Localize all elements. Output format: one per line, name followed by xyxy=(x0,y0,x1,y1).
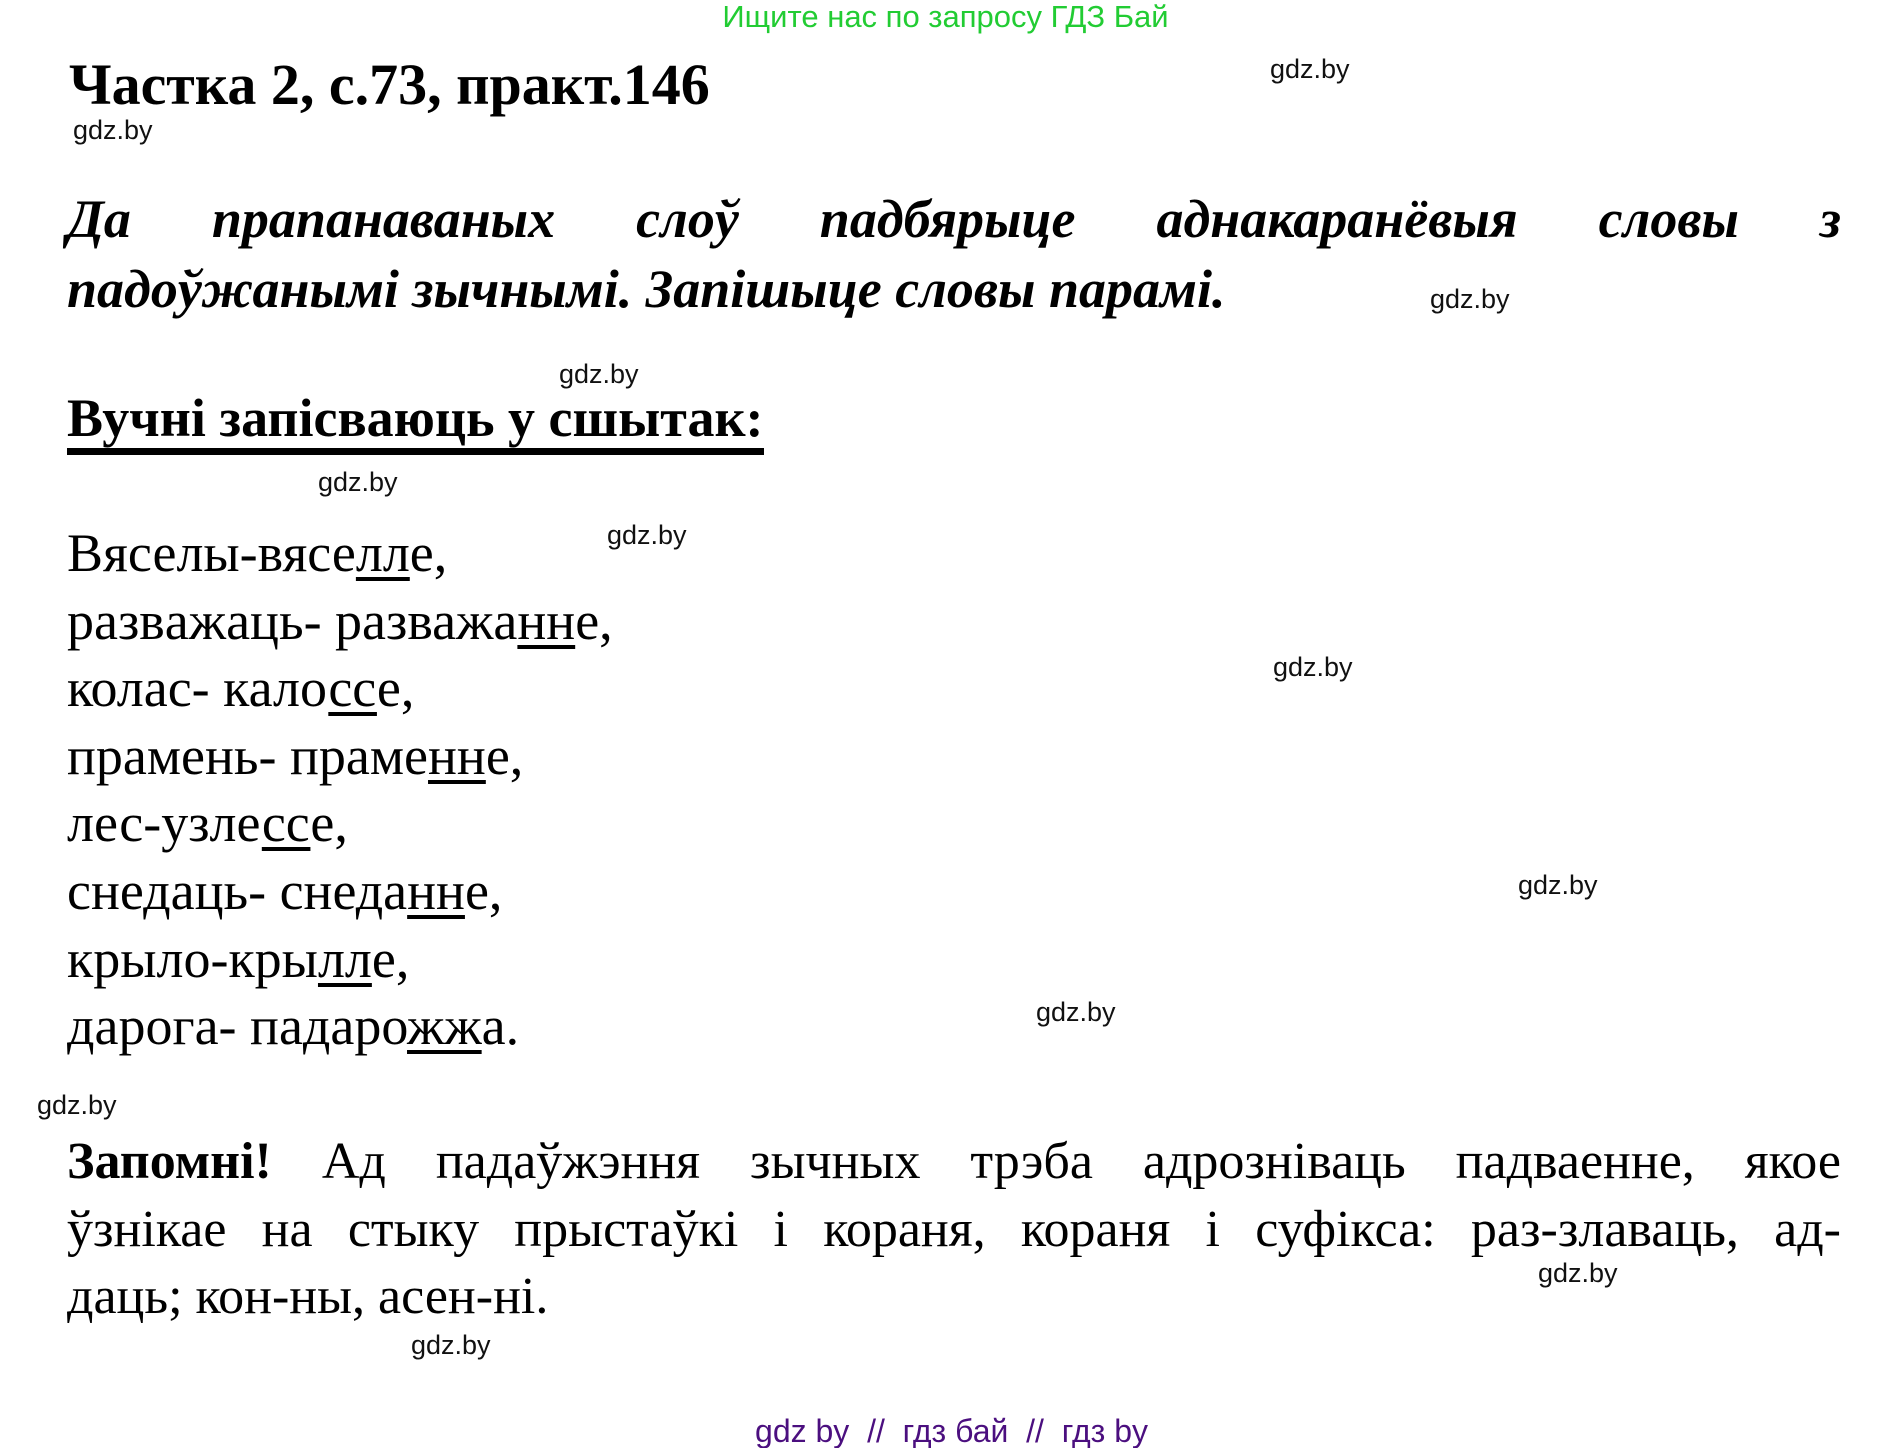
doubled-consonant: сс xyxy=(262,793,311,853)
word-pair-base: колас- кало xyxy=(67,658,328,718)
word-pair-tail: е, xyxy=(465,861,502,921)
word-pair-row: дарога- падарожжа. xyxy=(67,993,613,1061)
note-line-1-text: Ад падаўжэння зычных трэба адрозніваць п… xyxy=(322,1133,1841,1190)
word-pair-base: лес-узле xyxy=(67,793,262,853)
watermark: gdz.by xyxy=(1518,870,1598,900)
watermark: gdz.by xyxy=(73,115,153,145)
word-pair-base: дарога- падаро xyxy=(67,996,407,1056)
doubled-consonant: нн xyxy=(517,591,575,651)
watermark: gdz.by xyxy=(411,1330,491,1360)
word-pair-tail: е, xyxy=(310,793,347,853)
doubled-consonant: нн xyxy=(407,861,465,921)
instruction-line-1: Да прапанаваных слоў падбярыце аднакаран… xyxy=(67,184,1841,254)
word-pair-base: Вяселы-вясе xyxy=(67,523,356,583)
word-pairs-list: Вяселы-вяселле,развaжаць- разважанне,кол… xyxy=(67,520,613,1061)
note-label: Запомні! xyxy=(67,1133,272,1190)
search-hint-text: Ищите нас по запросу ГДЗ Бай xyxy=(722,0,1168,34)
word-pair-tail: е, xyxy=(410,523,447,583)
word-pair-tail: е, xyxy=(486,726,523,786)
word-pair-base: снедаць- снеда xyxy=(67,861,407,921)
watermark: gdz.by xyxy=(1036,997,1116,1027)
footer-text: gdz by // гдз бай // гдз by xyxy=(755,1413,1148,1448)
word-pair-row: развaжаць- разважанне, xyxy=(67,588,613,656)
note-line-2: ўзнікае на стыку прыстаўкі і кораня, кор… xyxy=(67,1196,1841,1264)
search-hint-banner: Ищите нас по запросу ГДЗ Бай xyxy=(0,0,1899,34)
page-title: Частка 2, с.73, практ.146 xyxy=(69,52,710,118)
doubled-consonant: лл xyxy=(318,929,372,989)
note-line-1: Запомні! Ад падаўжэння зычных трэба адро… xyxy=(67,1128,1841,1196)
watermark: gdz.by xyxy=(1430,284,1510,314)
footer-links: gdz by // гдз бай // гдз by xyxy=(0,1413,1899,1448)
word-pair-row: лес-узлессе, xyxy=(67,790,613,858)
word-pair-row: прамень- праменне, xyxy=(67,723,613,791)
word-pair-base: прамень- праме xyxy=(67,726,428,786)
task-instruction: Да прапанаваных слоў падбярыце аднакаран… xyxy=(67,184,1841,324)
word-pair-row: снедаць- снеданне, xyxy=(67,858,613,926)
watermark: gdz.by xyxy=(318,467,398,497)
word-pair-row: Вяселы-вяселле, xyxy=(67,520,613,588)
watermark: gdz.by xyxy=(1538,1258,1618,1288)
word-pair-base: крыло-кры xyxy=(67,929,318,989)
word-pair-tail: а. xyxy=(482,996,519,1056)
doubled-consonant: сс xyxy=(328,658,377,718)
watermark: gdz.by xyxy=(37,1090,117,1120)
word-pair-row: крыло-крылле, xyxy=(67,926,613,994)
watermark: gdz.by xyxy=(1273,652,1353,682)
doubled-consonant: жж xyxy=(407,996,482,1056)
word-pair-tail: е, xyxy=(372,929,409,989)
watermark: gdz.by xyxy=(607,520,687,550)
remember-note: Запомні! Ад падаўжэння зычных трэба адро… xyxy=(67,1128,1841,1331)
watermark: gdz.by xyxy=(559,359,639,389)
doubled-consonant: лл xyxy=(356,523,410,583)
word-pair-tail: е, xyxy=(575,591,612,651)
doubled-consonant: нн xyxy=(428,726,486,786)
word-pair-row: колас- калоссе, xyxy=(67,655,613,723)
instruction-line-2: падоўжанымі зычнымі. Запішыце словы пара… xyxy=(67,254,1841,324)
word-pair-tail: е, xyxy=(377,658,414,718)
word-pair-base: развaжаць- разважа xyxy=(67,591,517,651)
answer-heading: Вучні запісваюць у сшытак: xyxy=(67,388,764,455)
watermark: gdz.by xyxy=(1270,54,1350,84)
